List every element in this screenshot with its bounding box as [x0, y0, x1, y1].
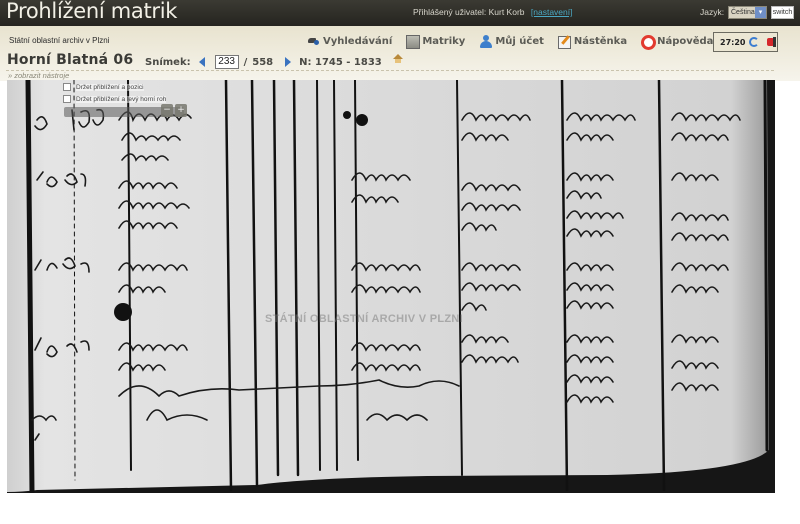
nav-my-account-label: Můj účet [495, 36, 544, 47]
nav-help[interactable]: Nápověda [641, 33, 713, 49]
zoom-out-button[interactable]: − [161, 104, 173, 117]
keep-zoom-position-label: Držet přiblížení a pozici [76, 84, 144, 91]
frame-navigation: Snímek: 233 / 558 N: 1745 - 1833 [145, 55, 403, 69]
app-title: Prohlížení matrik [6, 0, 177, 23]
frame-label: Snímek: [145, 57, 191, 68]
help-lifebuoy-icon [641, 35, 655, 48]
logout-icon[interactable] [767, 37, 777, 47]
logged-user-info: Přihlášený uživatel: Kurt Korb [nastaven… [413, 7, 572, 17]
top-bar: Prohlížení matrik Přihlášený uživatel: K… [0, 0, 800, 26]
book-icon [406, 35, 420, 48]
archive-name: Státní oblastní archiv v Plzni [9, 36, 110, 45]
next-frame-arrow-icon[interactable] [285, 57, 291, 67]
page-title: Horní Blatná 06 [7, 52, 133, 68]
language-selected: Čeština [731, 9, 755, 16]
home-icon[interactable] [393, 54, 403, 63]
main-nav: Vyhledávání Matriky Můj účet Nástěnka Ná… [307, 33, 713, 49]
register-image-viewer[interactable] [7, 80, 775, 493]
frame-separator: / [244, 57, 248, 68]
keep-zoom-top-left-checkbox[interactable] [63, 95, 71, 103]
keep-zoom-position-option[interactable]: Držet přiblížení a pozici [63, 81, 190, 93]
previous-frame-arrow-icon[interactable] [199, 57, 205, 67]
search-icon [307, 35, 321, 48]
user-name: Kurt Korb [489, 7, 525, 17]
chevron-down-icon: ▾ [755, 7, 766, 18]
keep-zoom-top-left-label: Držet přiblížení a levý horní roh [76, 96, 166, 103]
language-select[interactable]: Čeština ▾ [728, 6, 767, 19]
nav-my-account[interactable]: Můj účet [479, 33, 544, 49]
zoom-in-button[interactable]: + [175, 104, 187, 117]
nav-search-label: Vyhledávání [323, 36, 392, 47]
nav-registers[interactable]: Matriky [406, 33, 465, 49]
nav-noticeboard-label: Nástěnka [574, 36, 627, 47]
nav-noticeboard[interactable]: Nástěnka [558, 33, 627, 49]
user-label: Přihlášený uživatel: [413, 7, 486, 17]
session-box: 27:20 [713, 32, 778, 52]
session-timer: 27:20 [720, 38, 745, 47]
settings-link[interactable]: [nastavení] [531, 7, 573, 17]
switch-language-button[interactable]: switch [771, 6, 794, 19]
total-frames: 558 [252, 57, 273, 68]
noticeboard-icon [558, 35, 572, 48]
language-label: Jazyk: [700, 7, 724, 17]
register-page-scan [7, 80, 775, 493]
divider [6, 70, 774, 71]
nav-search[interactable]: Vyhledávání [307, 33, 392, 49]
frame-number-input[interactable]: 233 [215, 55, 239, 69]
nav-help-label: Nápověda [657, 36, 713, 47]
keep-zoom-position-checkbox[interactable] [63, 83, 71, 91]
user-icon [479, 35, 493, 48]
year-range: N: 1745 - 1833 [299, 57, 382, 68]
page-header: Státní oblastní archiv v Plzni Vyhledává… [0, 26, 800, 81]
nav-registers-label: Matriky [422, 36, 465, 47]
show-tools-link[interactable]: » zobrazit nástroje [8, 71, 69, 80]
refresh-icon[interactable] [749, 37, 759, 47]
